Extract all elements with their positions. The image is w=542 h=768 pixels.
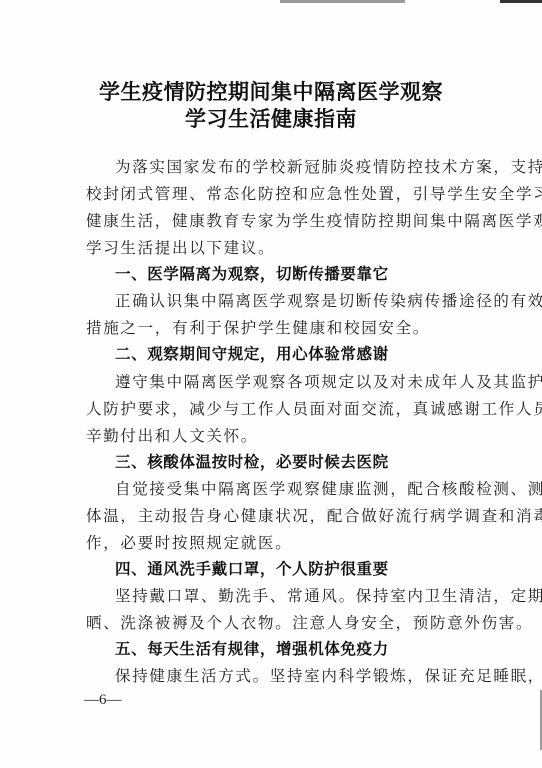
section-2-line-2: 人防护要求，减少与工作人员面对面交流，真诚感谢工作人员的: [86, 399, 492, 419]
section-4-line-1: 坚持戴口罩、勤洗手、常通风。保持室内卫生清洁，定期晾: [115, 586, 492, 606]
document-title-line-1: 学生疫情防控期间集中隔离医学观察: [0, 76, 542, 106]
scan-artifact-top: [280, 0, 405, 3]
section-4-line-2: 晒、洗涤被褥及个人衣物。注意人身安全，预防意外伤害。: [86, 613, 492, 633]
document-title-line-2: 学习生活健康指南: [0, 103, 542, 133]
section-1-line-2: 措施之一，有利于保护学生健康和校园安全。: [86, 318, 492, 338]
section-1-heading: 一、医学隔离为观察，切断传播要靠它: [115, 264, 389, 284]
section-3-line-2: 体温，主动报告身心健康状况，配合做好流行病学调查和消毒工: [86, 506, 492, 526]
section-1-line-1: 正确认识集中隔离医学观察是切断传染病传播途径的有效: [115, 291, 492, 311]
intro-line-3: 健康生活，健康教育专家为学生疫情防控期间集中隔离医学观察: [86, 211, 492, 231]
intro-line-1: 为落实国家发布的学校新冠肺炎疫情防控技术方案，支持学: [115, 157, 492, 177]
section-2-heading: 二、观察期间守规定，用心体验常感谢: [115, 344, 389, 364]
intro-line-2: 校封闭式管理、常态化防控和应急性处置，引导学生安全学习、: [86, 184, 492, 204]
intro-line-4: 学习生活提出以下建议。: [86, 238, 492, 258]
section-3-line-3: 作，必要时按照规定就医。: [86, 533, 492, 553]
section-3-line-1: 自觉接受集中隔离医学观察健康监测，配合核酸检测、测量: [115, 479, 492, 499]
section-4-heading: 四、通风洗手戴口罩，个人防护很重要: [115, 559, 389, 579]
page-number: —6—: [84, 692, 122, 709]
section-5-line-1: 保持健康生活方式。坚持室内科学锻炼，保证充足睡眠，保: [115, 666, 492, 686]
document-page: 学生疫情防控期间集中隔离医学观察 学习生活健康指南 为落实国家发布的学校新冠肺炎…: [0, 0, 542, 768]
section-2-line-1: 遵守集中隔离医学观察各项规定以及对未成年人及其监护: [115, 372, 492, 392]
scan-artifact-top-right: [500, 0, 542, 3]
section-3-heading: 三、核酸体温按时检，必要时候去医院: [115, 452, 389, 472]
section-5-heading: 五、每天生活有规律，增强机体免疫力: [115, 639, 389, 659]
section-2-line-3: 辛勤付出和人文关怀。: [86, 426, 492, 446]
